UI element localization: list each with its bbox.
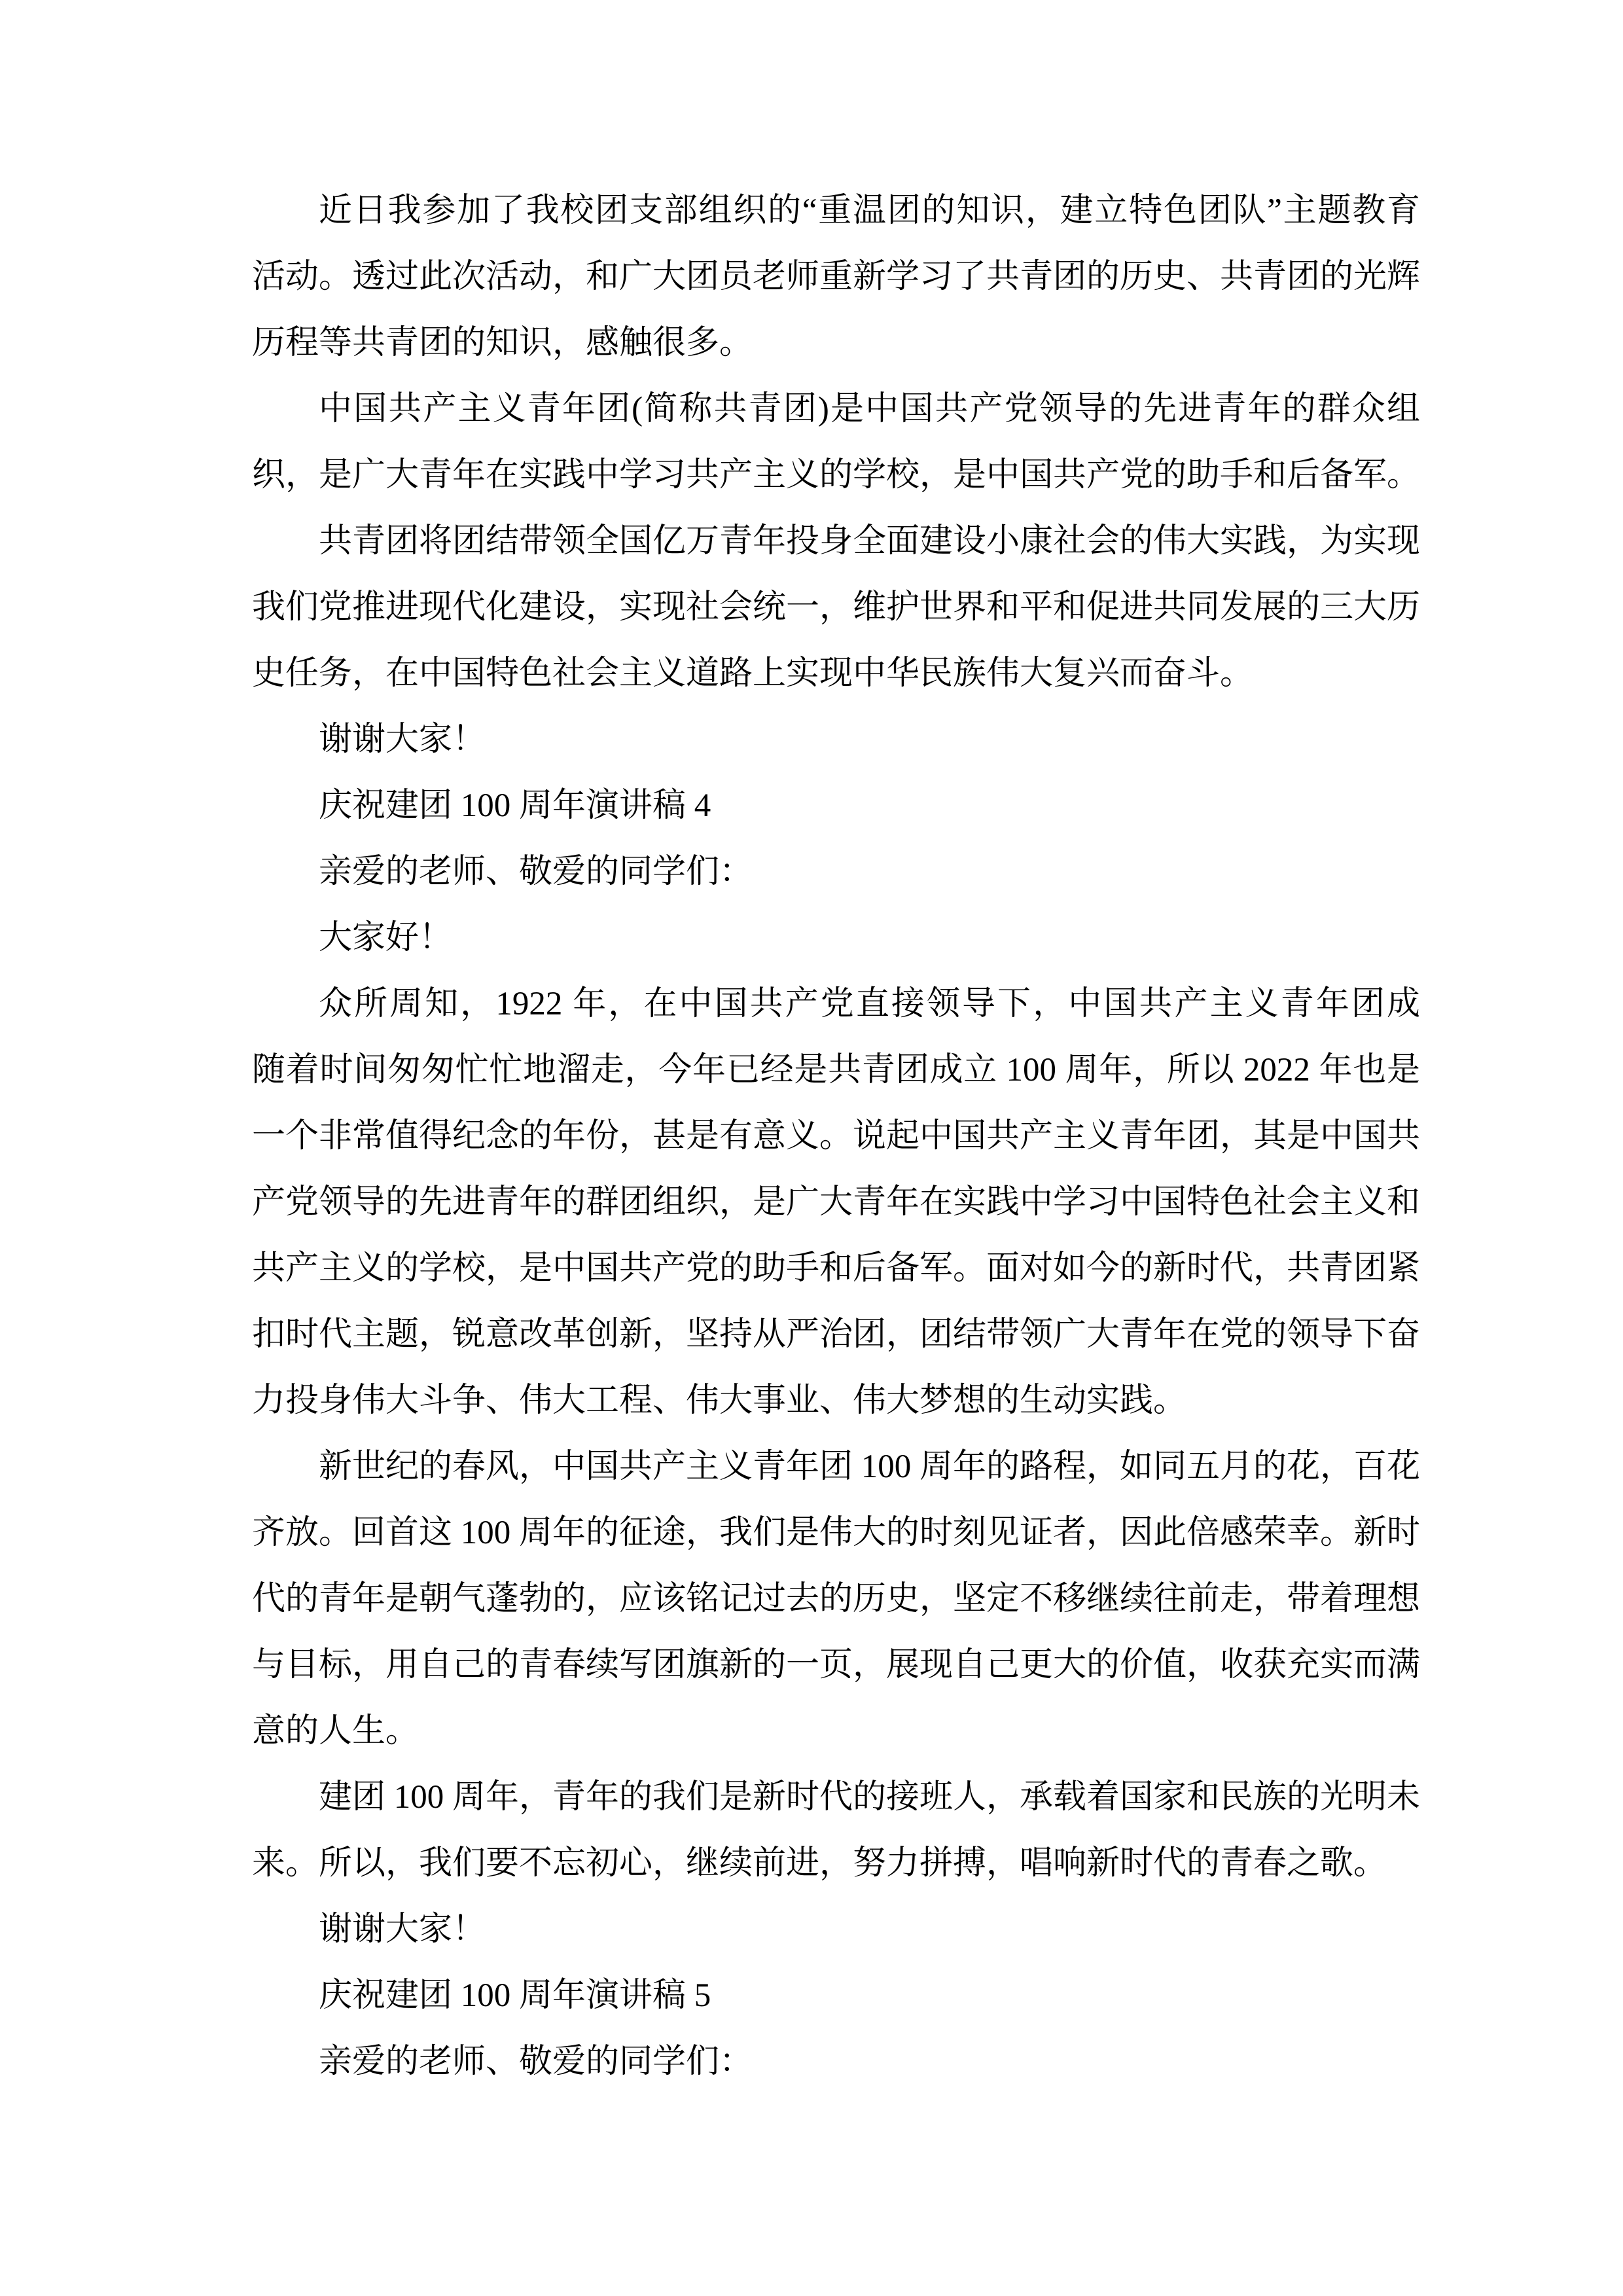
paragraph: 近日我参加了我校团支部组织的“重温团的知识，建立特色团队”主题教育 活动。透过此…: [252, 178, 1420, 376]
doc-line: 代的青年是朝气蓬勃的，应该铭记过去的历史，坚定不移继续往前走，带着理想: [252, 1566, 1420, 1632]
paragraph-closing: 谢谢大家！: [252, 707, 1420, 773]
doc-line: 齐放。回首这 100 周年的征途，我们是伟大的时刻见证者，因此倍感荣幸。新时: [252, 1500, 1420, 1566]
paragraph-heading: 庆祝建团 100 周年演讲稿 5: [252, 1963, 1420, 2029]
doc-line: 扣时代主题，锐意改革创新，坚持从严治团，团结带领广大青年在党的领导下奋: [252, 1302, 1420, 1368]
doc-line: 我们党推进现代化建设，实现社会统一，维护世界和平和促进共同发展的三大历: [252, 575, 1420, 641]
doc-line: 来。所以，我们要不忘初心，继续前进，努力拼搏，唱响新时代的青春之歌。: [252, 1831, 1420, 1897]
paragraph-greeting: 大家好！: [252, 905, 1420, 971]
paragraph: 中国共产主义青年团(简称共青团)是中国共产党领导的先进青年的群众组 织，是广大青…: [252, 376, 1420, 509]
paragraph-salutation: 亲爱的老师、敬爱的同学们：: [252, 839, 1420, 905]
paragraph: 建团 100 周年，青年的我们是新时代的接班人，承载着国家和民族的光明未 来。所…: [252, 1765, 1420, 1897]
doc-line: 一个非常值得纪念的年份，甚是有意义。说起中国共产主义青年团，其是中国共: [252, 1103, 1420, 1170]
doc-line: 谢谢大家！: [252, 707, 1420, 773]
doc-line: 共产主义的学校，是中国共产党的助手和后备军。面对如今的新时代，共青团紧: [252, 1236, 1420, 1302]
doc-line: 大家好！: [252, 905, 1420, 971]
doc-line: 中国共产主义青年团(简称共青团)是中国共产党领导的先进青年的群众组: [252, 376, 1420, 442]
doc-line: 织，是广大青年在实践中学习共产主义的学校，是中国共产党的助手和后备军。: [252, 442, 1420, 509]
paragraph: 共青团将团结带领全国亿万青年投身全面建设小康社会的伟大实践，为实现 我们党推进现…: [252, 509, 1420, 707]
doc-line: 与目标，用自己的青春续写团旗新的一页，展现自己更大的价值，收获充实而满: [252, 1632, 1420, 1698]
doc-line: 随着时间匆匆忙忙地溜走，今年已经是共青团成立 100 周年，所以 2022 年也…: [252, 1037, 1420, 1103]
doc-line: 建团 100 周年，青年的我们是新时代的接班人，承载着国家和民族的光明未: [252, 1765, 1420, 1831]
doc-line: 新世纪的春风，中国共产主义青年团 100 周年的路程，如同五月的花，百花: [252, 1434, 1420, 1500]
doc-line: 庆祝建团 100 周年演讲稿 5: [252, 1963, 1420, 2029]
doc-line: 谢谢大家！: [252, 1897, 1420, 1963]
doc-line: 历程等共青团的知识，感触很多。: [252, 310, 1420, 376]
doc-line: 众所周知，1922 年，在中国共产党直接领导下，中国共产主义青年团成立。: [252, 971, 1420, 1037]
doc-line: 亲爱的老师、敬爱的同学们：: [252, 2029, 1420, 2095]
doc-line: 近日我参加了我校团支部组织的“重温团的知识，建立特色团队”主题教育: [252, 178, 1420, 244]
document-page: 近日我参加了我校团支部组织的“重温团的知识，建立特色团队”主题教育 活动。透过此…: [0, 0, 1623, 2296]
doc-line: 力投身伟大斗争、伟大工程、伟大事业、伟大梦想的生动实践。: [252, 1368, 1420, 1434]
doc-line: 亲爱的老师、敬爱的同学们：: [252, 839, 1420, 905]
paragraph-salutation: 亲爱的老师、敬爱的同学们：: [252, 2029, 1420, 2095]
doc-line: 活动。透过此次活动，和广大团员老师重新学习了共青团的历史、共青团的光辉: [252, 244, 1420, 310]
doc-line: 共青团将团结带领全国亿万青年投身全面建设小康社会的伟大实践，为实现: [252, 509, 1420, 575]
doc-line: 意的人生。: [252, 1698, 1420, 1765]
paragraph: 新世纪的春风，中国共产主义青年团 100 周年的路程，如同五月的花，百花 齐放。…: [252, 1434, 1420, 1765]
paragraph-closing: 谢谢大家！: [252, 1897, 1420, 1963]
doc-line: 史任务，在中国特色社会主义道路上实现中华民族伟大复兴而奋斗。: [252, 641, 1420, 707]
paragraph-heading: 庆祝建团 100 周年演讲稿 4: [252, 773, 1420, 839]
doc-line: 庆祝建团 100 周年演讲稿 4: [252, 773, 1420, 839]
paragraph: 众所周知，1922 年，在中国共产党直接领导下，中国共产主义青年团成立。 随着时…: [252, 971, 1420, 1434]
document-text-block: 近日我参加了我校团支部组织的“重温团的知识，建立特色团队”主题教育 活动。透过此…: [252, 178, 1420, 2095]
doc-line: 产党领导的先进青年的群团组织，是广大青年在实践中学习中国特色社会主义和: [252, 1170, 1420, 1236]
